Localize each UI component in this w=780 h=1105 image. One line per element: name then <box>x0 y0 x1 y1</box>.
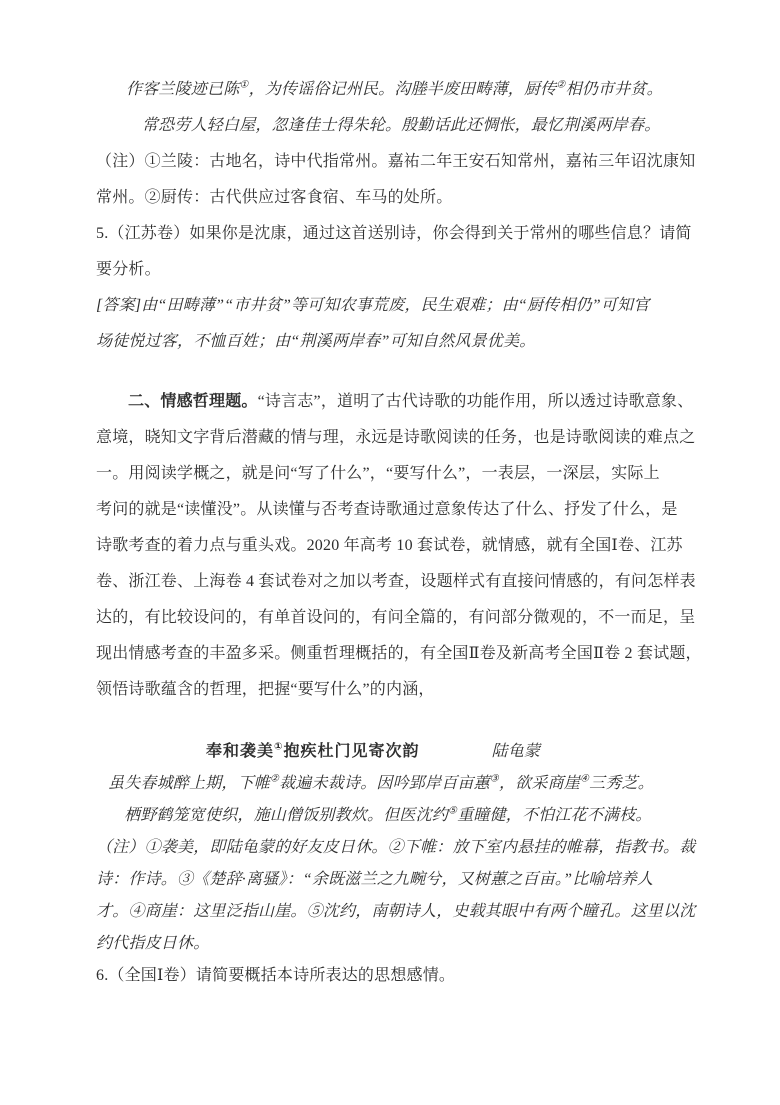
question5-block: 5.（江苏卷）如果你是沈康，通过这首送别诗，你会得到关于常州的哪些信息？请简 要… <box>96 216 684 288</box>
poem2-line1: 虽失春城醉上期，下帷②裁遍未裁诗。因吟郢岸百亩蕙③，欲采商崖④三秀芝。 <box>96 768 684 800</box>
note1-block: （注）①兰陵：古地名，诗中代指常州。嘉祐二年王安石知常州，嘉祐三年诏沈康知 常州… <box>96 144 684 216</box>
poem2-block: 奉和袭美①抱疾杜门见寄次韵陆龟蒙 虽失春城醉上期，下帷②裁遍未裁诗。因吟郢岸百亩… <box>96 736 684 832</box>
poem1-line2: 常恐劳人轻白屋，忽逢佳士得朱轮。殷勤话此还惆怅，最忆荆溪两岸春。 <box>96 108 684 144</box>
note2-line1: （注）①袭美，即陆龟蒙的好友皮日休。②下帷：放下室内悬挂的帷幕，指教书。裁 <box>96 832 684 864</box>
section2-line3: 一。用阅读学概之，就是问“写了什么”，“要写什么”，一表层，一深层，实际上 <box>96 456 684 492</box>
note2-line2: 诗：作诗。③《楚辞·离骚》：“余既滋兰之九畹兮，又树蕙之百亩。”比喻培养人 <box>96 864 684 896</box>
section2-intro-block: 二、情感哲理题。“诗言志”，道明了古代诗歌的功能作用，所以透过诗歌意象、 意境，… <box>96 384 684 708</box>
poem2-author: 陆龟蒙 <box>492 743 541 760</box>
question6-block: 6.（全国Ⅰ卷）请简要概括本诗所表达的思想感情。 <box>96 960 684 992</box>
note1-line1: （注）①兰陵：古地名，诗中代指常州。嘉祐二年王安石知常州，嘉祐三年诏沈康知 <box>96 144 684 180</box>
section2-line1-rest: “诗言志”，道明了古代诗歌的功能作用，所以透过诗歌意象、 <box>258 393 694 410</box>
poem1-line1: 作客兰陵迹已陈①，为传谣俗记州民。沟塍半废田畴薄，厨传②相仍市井贫。 <box>96 72 684 108</box>
section2-line9: 领悟诗歌蕴含的哲理，把握“要写什么”的内涵， <box>96 672 684 708</box>
document-page: 作客兰陵迹已陈①，为传谣俗记州民。沟塍半废田畴薄，厨传②相仍市井贫。 常恐劳人轻… <box>0 0 780 1105</box>
section2-line1: 二、情感哲理题。“诗言志”，道明了古代诗歌的功能作用，所以透过诗歌意象、 <box>96 384 684 420</box>
note1-line2: 常州。②厨传：古代供应过客食宿、车马的处所。 <box>96 180 684 216</box>
note2-line4: 约代指皮日休。 <box>96 928 684 960</box>
question5-line1: 5.（江苏卷）如果你是沈康，通过这首送别诗，你会得到关于常州的哪些信息？请简 <box>96 216 684 252</box>
section2-line5: 诗歌考查的着力点与重头戏。2020 年高考 10 套试卷，就情感，就有全国Ⅰ卷、… <box>96 528 684 564</box>
poem2-title: 奉和袭美①抱疾杜门见寄次韵 <box>206 743 420 760</box>
answer5-line2: 场徒悦过客，不恤百姓；由“荆溪两岸春”可知自然风景优美。 <box>96 324 684 360</box>
section2-line2: 意境，晓知文字背后潜藏的情与理，永远是诗歌阅读的任务，也是诗歌阅读的难点之 <box>96 420 684 456</box>
note2-block: （注）①袭美，即陆龟蒙的好友皮日休。②下帷：放下室内悬挂的帷幕，指教书。裁 诗：… <box>96 832 684 960</box>
section2-line6: 卷、浙江卷、上海卷 4 套试卷对之加以考查，设题样式有直接问情感的，有问怎样表 <box>96 564 684 600</box>
note2-line3: 才。④商崖：这里泛指山崖。⑤沈约，南朝诗人，史载其眼中有两个瞳孔。这里以沈 <box>96 896 684 928</box>
section2-line7: 达的，有比较设问的，有单首设问的，有问全篇的，有问部分微观的，不一而足，呈 <box>96 600 684 636</box>
poem2-line2: 栖野鹤笼宽使织，施山僧饭别教炊。但医沈约⑤重瞳健，不怕江花不满枝。 <box>96 800 684 832</box>
question5-line2: 要分析。 <box>96 252 684 288</box>
poem1-block: 作客兰陵迹已陈①，为传谣俗记州民。沟塍半废田畴薄，厨传②相仍市井贫。 常恐劳人轻… <box>96 72 684 144</box>
section2-line8: 现出情感考查的丰盈多采。侧重哲理概括的，有全国Ⅱ卷及新高考全国Ⅱ卷 2 套试题， <box>96 636 684 672</box>
answer5-block: [答案]由“田畴薄”“市井贫”等可知农事荒废，民生艰难；由“厨传相仍”可知官 场… <box>96 288 684 360</box>
section2-line4: 考问的就是“读懂没”。从读懂与否考查诗歌通过意象传达了什么、抒发了什么，是 <box>96 492 684 528</box>
section2-heading: 二、情感哲理题。 <box>128 393 258 410</box>
question6-line1: 6.（全国Ⅰ卷）请简要概括本诗所表达的思想感情。 <box>96 960 684 992</box>
poem2-title-line: 奉和袭美①抱疾杜门见寄次韵陆龟蒙 <box>96 736 684 768</box>
answer5-line1: [答案]由“田畴薄”“市井贫”等可知农事荒废，民生艰难；由“厨传相仍”可知官 <box>96 288 684 324</box>
